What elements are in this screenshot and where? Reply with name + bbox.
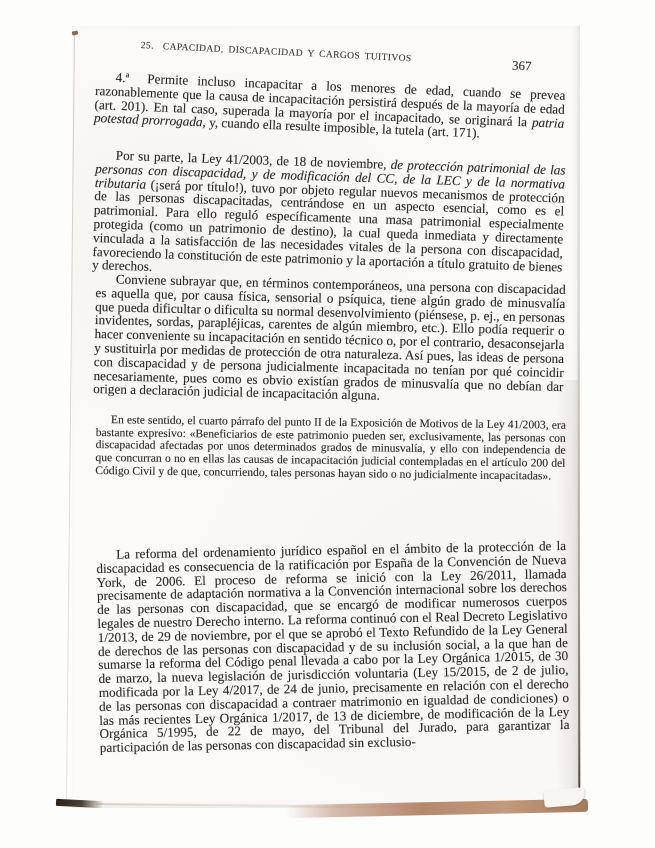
page-number: 367	[512, 58, 532, 75]
chapter-number: 25.	[141, 41, 155, 52]
paragraph-3: Conviene subrayar que, en términos conte…	[93, 272, 566, 407]
small-print-paragraph: En este sentido, el cuarto párrafo del p…	[95, 414, 566, 483]
text-run: (¡será por título!), tuvo por objeto reg…	[92, 176, 565, 274]
scanned-book-page: 25.CAPACIDAD, DISCAPACIDAD Y CARGOS TUIT…	[0, 0, 655, 848]
paragraph-2: Por su parte, la Ley 41/2003, de 18 de n…	[92, 148, 566, 288]
paragraph-5: La reforma del ordenamiento jurídico esp…	[96, 539, 570, 755]
